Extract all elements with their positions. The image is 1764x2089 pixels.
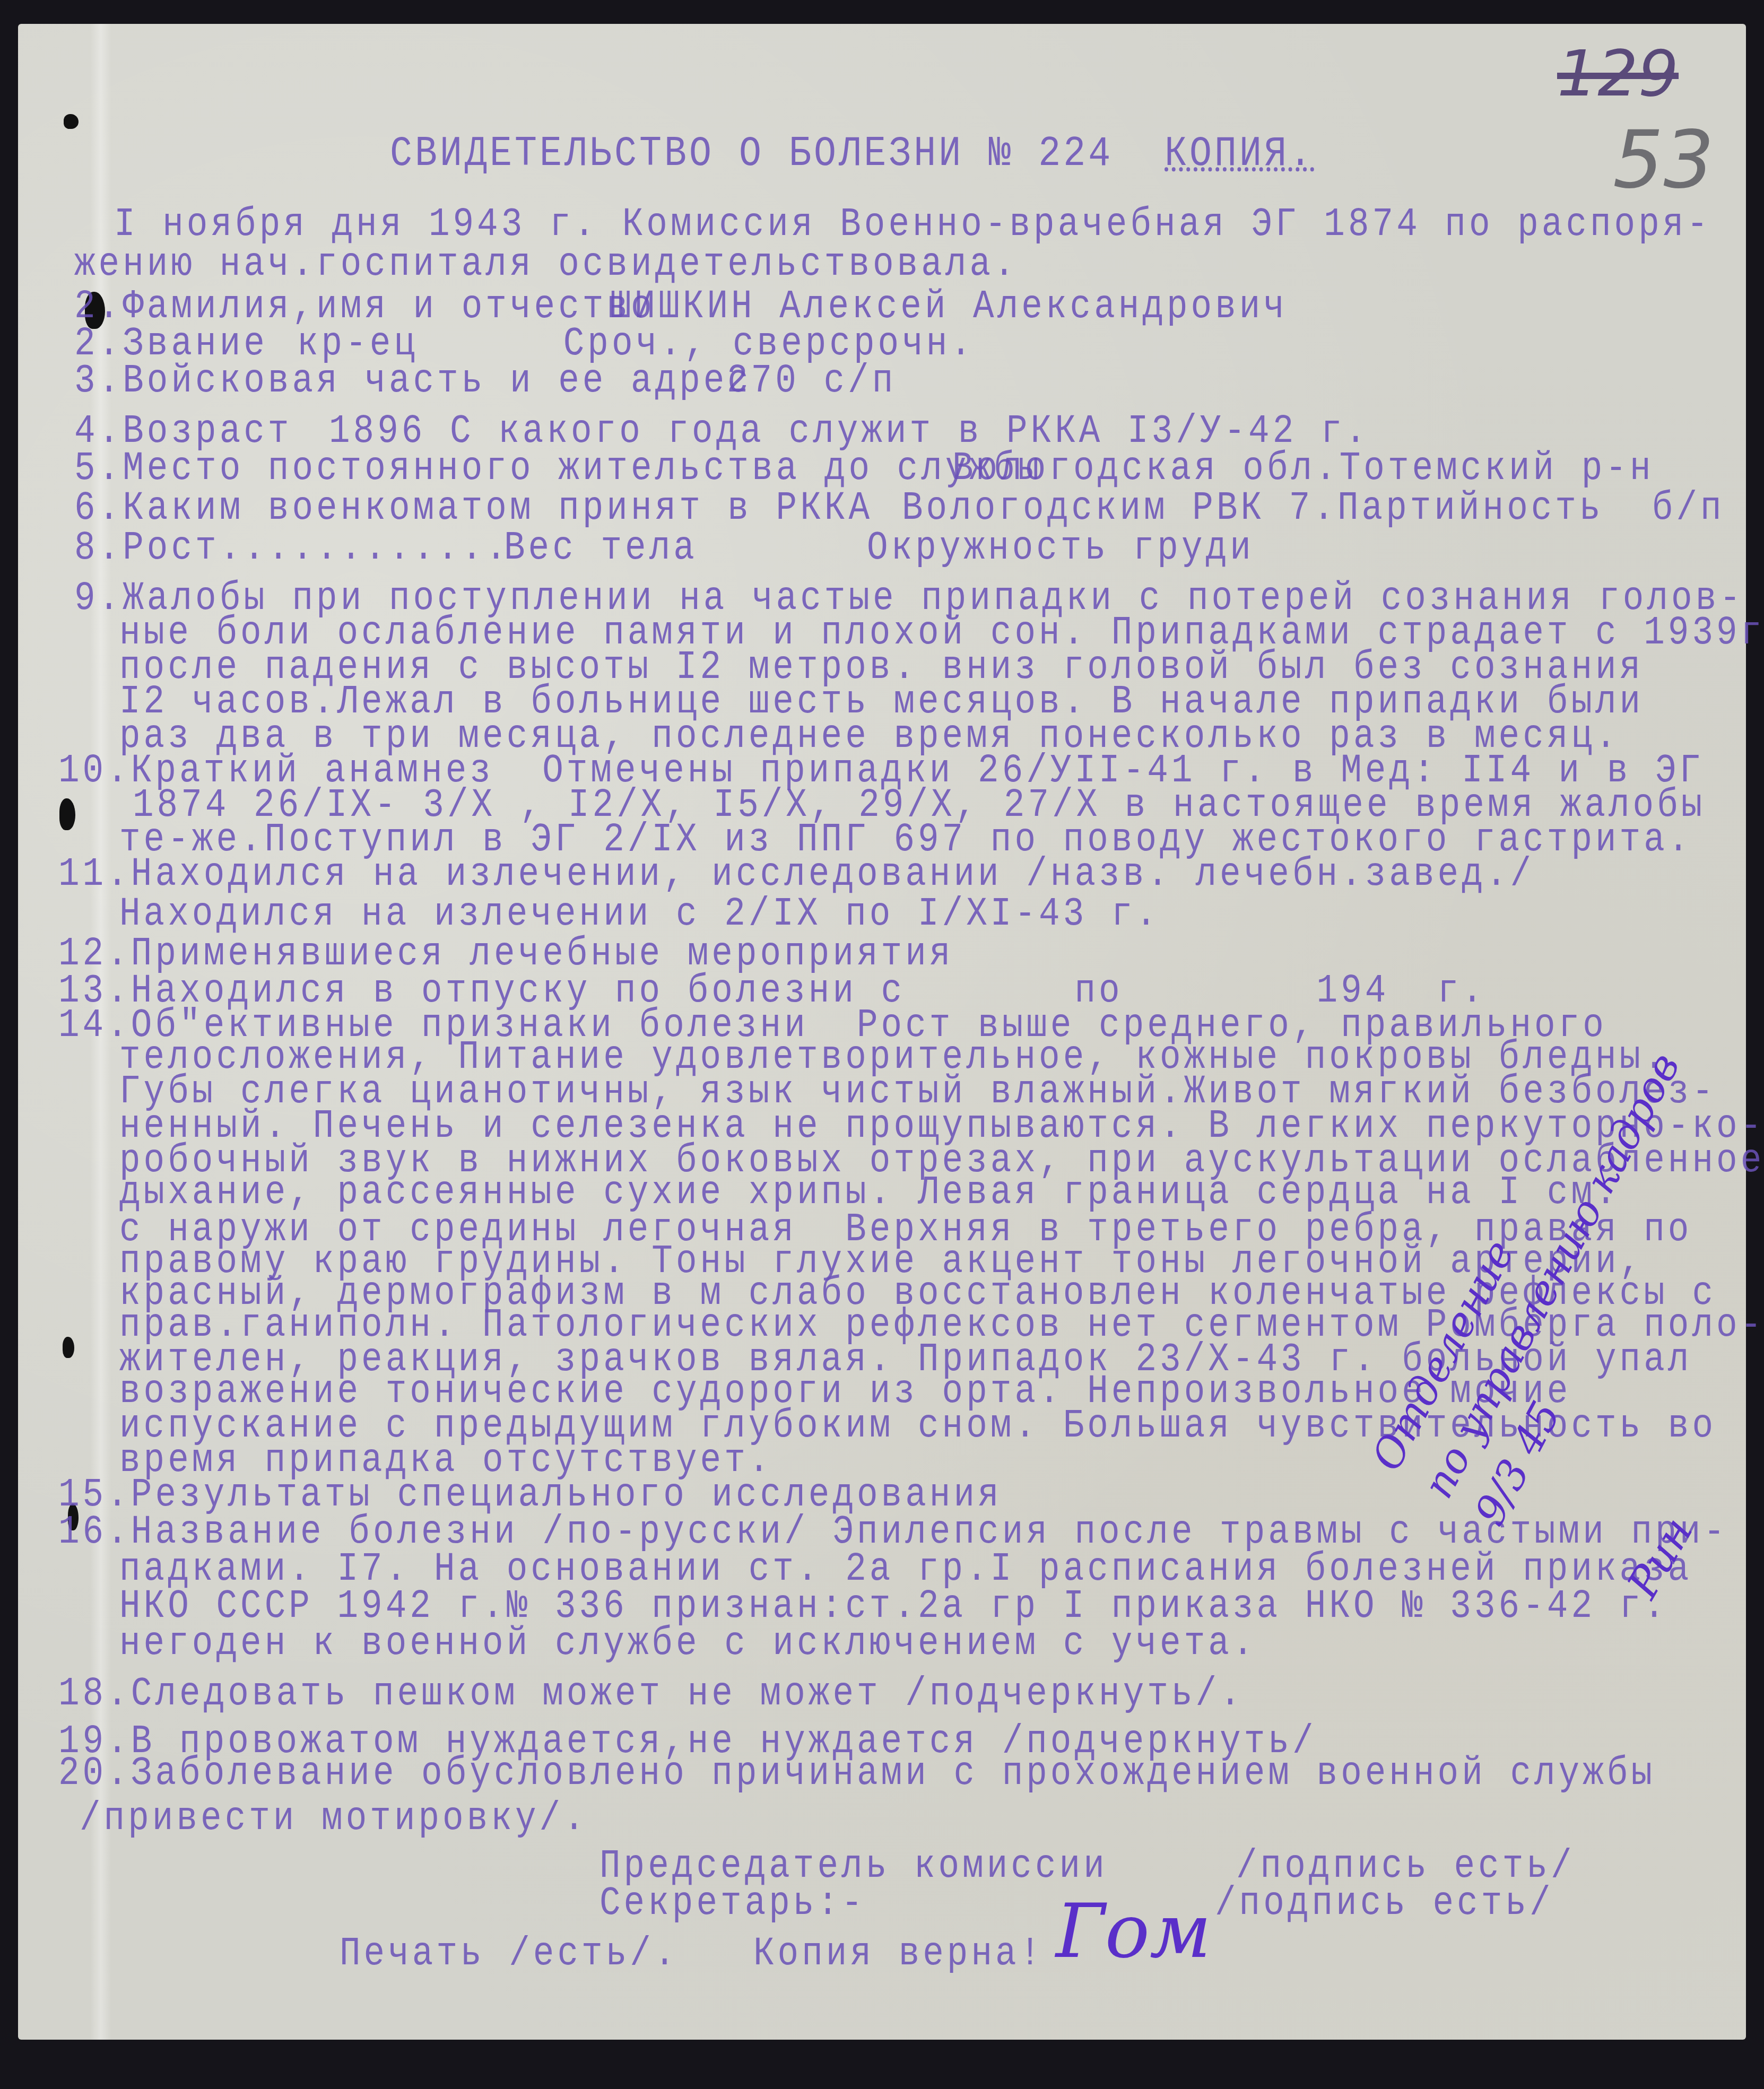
text-line: /привести мотировку/. xyxy=(80,1796,588,1841)
sheet-number: 53 xyxy=(1613,114,1714,206)
document-title: СВИДЕТЕЛЬСТВО О БОЛЕЗНИ № 224 xyxy=(390,130,1113,178)
copy-mark: КОПИЯ. xyxy=(1165,130,1314,178)
handwritten-signature: Гом xyxy=(1056,1888,1211,1975)
field-label: 6.Каким военкоматом принят в РККА xyxy=(74,485,873,531)
secretary-label: Секретарь:- xyxy=(599,1881,866,1926)
binding-hole xyxy=(59,798,75,830)
copy-certified: Копия верна! xyxy=(753,1931,1044,1977)
text-line: негоден к военной службе с исключением с… xyxy=(119,1621,1257,1666)
field-value: Вологодская обл.Тотемский р-н xyxy=(952,446,1654,491)
text-line: 20.Заболевание обусловлено причинами с п… xyxy=(58,1751,1655,1796)
secretary-signature-note: /подпись есть/ xyxy=(1215,1881,1554,1926)
field-label: 8.Рост............ xyxy=(74,525,510,571)
intro-line-2: жению нач.госпиталя освидетельствовала. xyxy=(74,241,1018,287)
binding-hole xyxy=(63,1337,74,1358)
field-label: 3.Войсковая часть и ее адрес xyxy=(74,358,752,404)
field-value: 270 с/п xyxy=(727,358,896,404)
field-value: Вологодским РВК 7.Партийность б/п xyxy=(902,485,1725,531)
text-line: 11.Находился на излечении, исследовании … xyxy=(58,851,1534,897)
sheet-number-crossed: 129 xyxy=(1557,37,1679,111)
section-travel-on-foot: 18.Следовать пешком может не может /подч… xyxy=(58,1671,1244,1717)
seal-note: Печать /есть/. xyxy=(340,1931,679,1977)
text-line: Находился на излечении с 2/IX по I/XI-43… xyxy=(119,891,1160,937)
intro-line-1: I ноября дня 1943 г. Комиссия Военно-вра… xyxy=(114,202,1711,247)
binding-hole xyxy=(64,114,79,129)
field-value: Вес тела Окружность груди xyxy=(504,525,1254,571)
field-label: 5.Место постоянного жительства до службы xyxy=(74,446,1042,491)
